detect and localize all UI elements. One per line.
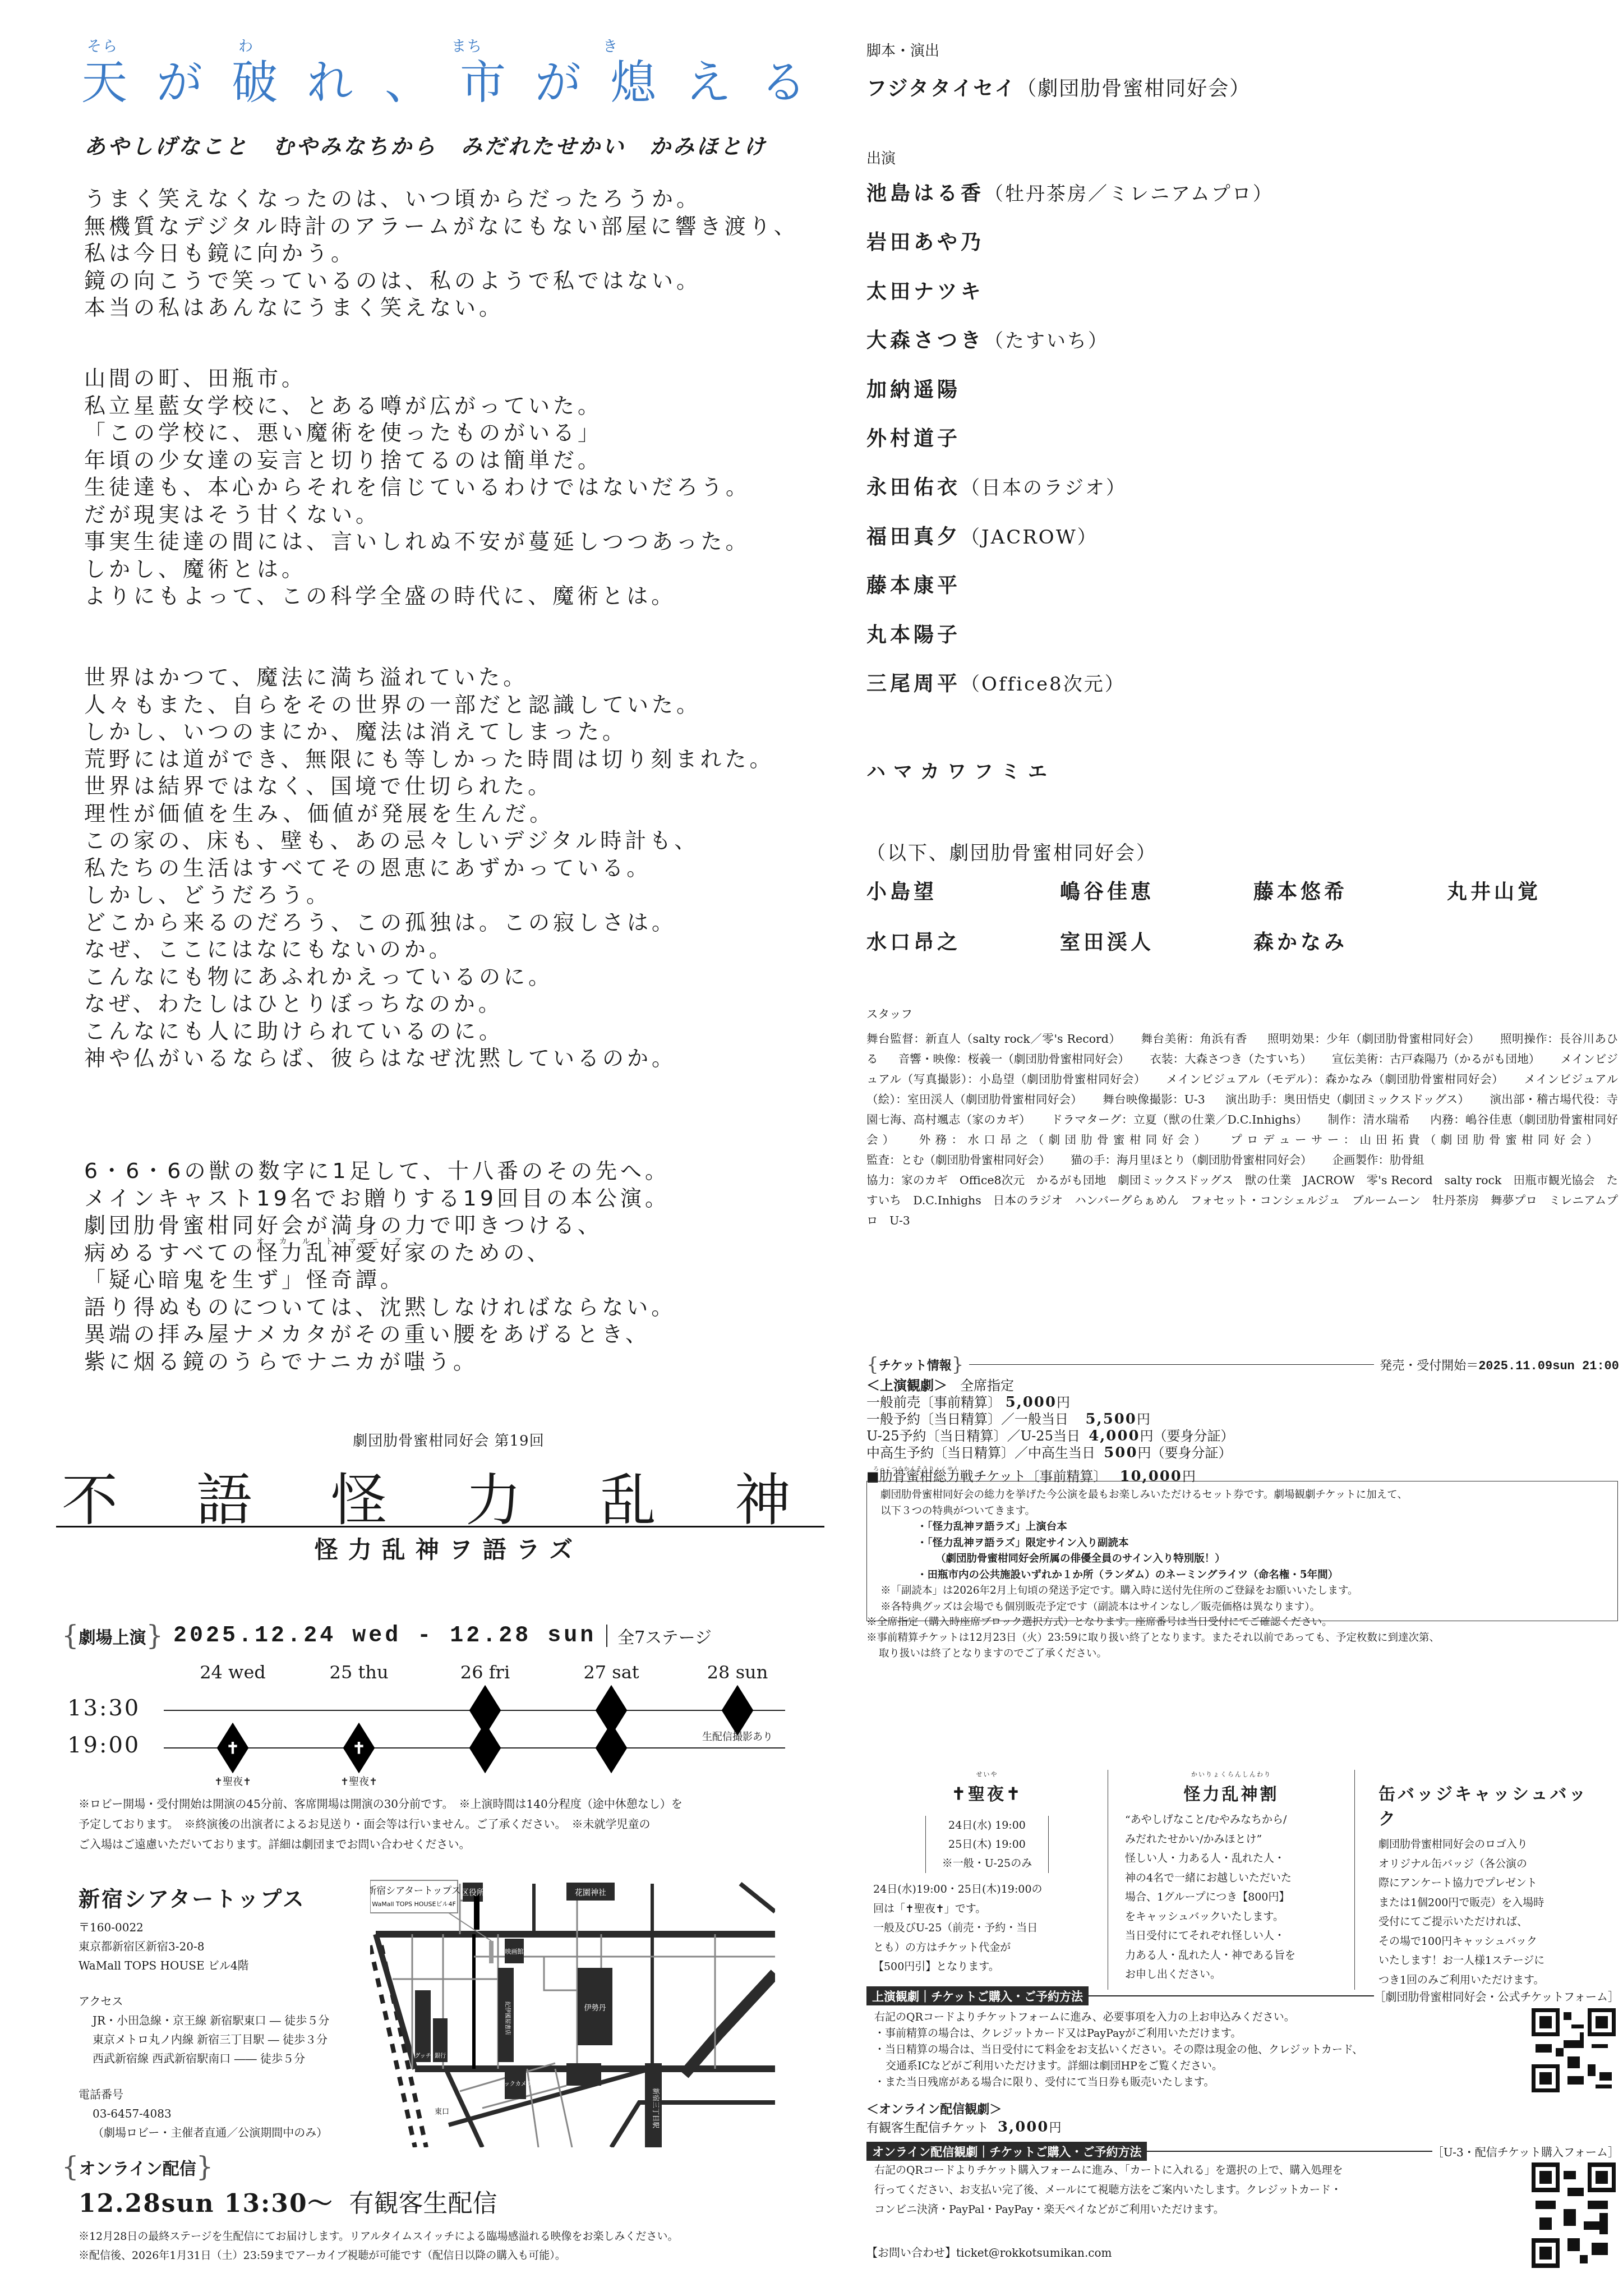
ticket-notes: ※全席指定（購入時座席ブロック選択方式）となります。座席番号は当日受付にてご確認… (866, 1614, 1618, 1662)
seiya-note: ✝聖夜✝ (214, 1774, 251, 1788)
cast-member: 丸井山覚 (1447, 878, 1623, 906)
venue-info: 新宿シアタートップス 〒160-0022 東京都新宿区新宿3-20-8 WaMa… (79, 1882, 370, 2142)
promo-badge-cashback: 缶バッジキャッシュバック 劇団肋骨蜜柑同好会のロゴ入りオリジナル缶バッジ（各公演… (1354, 1770, 1607, 1990)
map-label-bic-camera: ビックカメラ (499, 2081, 532, 2087)
day-label: 26 fri (460, 1662, 510, 1683)
access-route: 西武新宿線 西武新宿駅南口 ―― 徒歩５分 (79, 2049, 370, 2068)
access-map: 新宿シアタートップス WaMall TOPS HOUSEビル4F 区役所 花園神… (370, 1878, 775, 2147)
day-label: 27 sat (583, 1662, 639, 1683)
promo-seiya: せいや ✝聖夜✝ 24日(水) 19:0025日(木) 19:00※一般・U-2… (866, 1770, 1108, 1990)
online-ticket-price: 有観客生配信チケット3,000円 (866, 2118, 1061, 2136)
seal-script-title: 不語怪力乱神 (62, 1470, 791, 1531)
cast-member: 小島望 (866, 878, 1060, 906)
cast-label: 出演 (866, 147, 896, 168)
price-row: 一般前売〔事前精算〕 5,000円 (866, 1394, 1234, 1411)
online-ticket-section: ＜オンライン配信観劇＞ (866, 2100, 1002, 2117)
divider (606, 1625, 607, 1647)
cast-member: 藤本悠希 (1253, 878, 1447, 906)
story-paragraph-3: 世界はかつて、魔法に満ち溢れていた。人々もまた、自らをその世界の一部だと認識して… (84, 664, 774, 1072)
day-label: 25 thu (330, 1662, 389, 1683)
performance-schedule: 24 wed 25 thu 26 fri 27 sat 28 sun 13:30… (62, 1649, 785, 1789)
cross-icon: ✝ (226, 1739, 239, 1757)
online-notes: ※12月28日の最終ステージを生配信にてお届けします。リアルタイムスイッチによる… (79, 2227, 678, 2265)
contact-info: 【お問い合わせ】ticket@rokkotsumikan.com (866, 2244, 1112, 2260)
online-ticket-qr-code[interactable] (1532, 2162, 1616, 2268)
troupe-edition: 劇団肋骨蜜柑同好会 第19回 (56, 1429, 841, 1450)
seiya-note: ✝聖夜✝ (340, 1774, 377, 1788)
cast-member: 大森さつき（たすいち） (866, 326, 1274, 375)
cast-member: 加納遥陽 (866, 376, 1274, 425)
cast-member: 森かなみ (1253, 928, 1447, 956)
bundle-ruby: ろっこつみかんそうりょくせん (866, 1461, 1234, 1468)
bundle-description: 劇団肋骨蜜柑同好会の総力を挙げた今公演を最もお楽しみいただけるセット券です。劇場… (866, 1481, 1618, 1621)
play-title: 怪力乱神ヲ語ラズ (56, 1531, 841, 1565)
story-paragraph-1: うまく笑えなくなったのは、いつ頃からだったろうか。無機質なデジタル時計のアラーム… (84, 185, 799, 321)
address-line: WaMall TOPS HOUSE ビル4階 (79, 1956, 370, 1975)
map-label-kinokuniya: 紀伊國屋書店 (504, 2001, 511, 2035)
staff-list: 舞台監督：新直人（salty rock／零's Record）舞台美術：角浜有香… (866, 1029, 1618, 1170)
cast-member: 永田佑衣（日本のラジオ） (866, 473, 1274, 522)
cast-member: 岩田あや乃 (866, 228, 1274, 277)
guest-cast: ハマカワフミエ (866, 756, 1055, 784)
postal-code: 〒160-0022 (79, 1918, 370, 1937)
cast-list: 池島はる香（牡丹茶房／ミレニアムプロ） 岩田あや乃 太田ナツキ 大森さつき（たす… (866, 180, 1274, 719)
cast-member: 福田真夕（JACROW） (866, 523, 1274, 572)
tagline: あやしげなこと むやみなちから みだれたせかい かみほとけ (84, 129, 767, 160)
price-row: U-25予約〔当日精算〕／U-25当日 4,000円（要身分証） (866, 1428, 1234, 1444)
theater-heading: {劇場上演} 2025.12.24 wed - 12.28 sun 全7ステージ (62, 1620, 712, 1651)
cast-member: 丸本陽子 (866, 621, 1274, 670)
cast-member: 藤本康平 (866, 572, 1274, 620)
performance-marker (596, 1723, 628, 1774)
performance-marker (722, 1685, 754, 1736)
title-ruby: そら (87, 35, 118, 56)
company-cast-grid: 小島望 嶋谷佳恵 藤本悠希 丸井山覚 水口昂之 室田渓人 森かなみ (866, 878, 1618, 956)
map-label-ward-office: 区役所 (461, 1888, 485, 1897)
main-title: そら わ まち き 天が破れ、市が熄える (81, 35, 777, 111)
title-ruby: まち (451, 35, 483, 56)
online-stream-time: 12.28sun 13:30～ 有観客生配信 (79, 2183, 497, 2219)
map-label-cinema: 映画館 (505, 1948, 524, 1955)
cast-member: 太田ナツキ (866, 278, 1274, 326)
stage-purchase-heading: 上演観劇｜チケットご購入・ご予約方法［劇団肋骨蜜柑同好会・公式チケットフォーム］ (866, 1986, 1619, 2005)
director-label: 脚本・演出 (866, 39, 939, 60)
theater-dates: 2025.12.24 wed - 12.28 sun (173, 1623, 596, 1649)
staff-label: スタッフ (866, 1004, 1618, 1024)
phone-note: （劇場ロビー・主催者直通／公演期間中のみ） (79, 2123, 370, 2142)
title-ruby: き (603, 35, 619, 56)
address-line: 東京都新宿区新宿3-20-8 (79, 1937, 370, 1956)
theater-label: {劇場上演} (62, 1620, 163, 1651)
time-label: 13:30 (67, 1695, 140, 1721)
map-venue-callout-sub: WaMall TOPS HOUSEビル4F (372, 1901, 455, 1908)
online-heading: {オンライン配信} (62, 2151, 213, 2183)
venue-name: 新宿シアタートップス (79, 1882, 370, 1916)
performance-marker (469, 1723, 501, 1774)
cast-member: 三尾周平（Office8次元） (866, 670, 1274, 719)
schedule-notes: ※ロビー開場・受付開始は開演の45分前、客席開場は開演の30分前です。 ※上演時… (79, 1794, 796, 1855)
price-row: 中高生予約〔当日精算〕／中高生当日 500円（要身分証） (866, 1444, 1234, 1461)
map-label-shrine: 花園神社 (575, 1888, 606, 1897)
online-ticket-form-link[interactable]: ［U-3・配信チケット購入フォーム］ (1432, 2143, 1619, 2160)
stage-ticket-qr-code[interactable] (1532, 2008, 1616, 2092)
map-label-isetan: 伊勢丹 (584, 2003, 606, 2012)
cross-icon: ✝ (352, 1739, 365, 1757)
ticket-header: {チケット情報} 発売・受付開始＝2025.11.09sun 21:00 (866, 1353, 1619, 1375)
stream-note: 生配信撮影あり (702, 1729, 773, 1743)
price-row: 一般予約〔当日精算〕／一般当日 5,500円 (866, 1411, 1234, 1428)
staff-credits: スタッフ 舞台監督：新直人（salty rock／零's Record）舞台美術… (866, 1004, 1618, 1231)
cast-member: 池島はる香（牡丹茶房／ミレニアムプロ） (866, 180, 1274, 228)
map-label-jr-shinjuku: JR新宿駅 (389, 2102, 406, 2135)
cast-member: 水口昂之 (866, 928, 1060, 956)
access-label: アクセス (79, 1992, 370, 2011)
company-label: （以下、劇団肋骨蜜柑同好会） (866, 838, 1157, 865)
contact-email[interactable]: ticket@rokkotsumikan.com (956, 2246, 1112, 2260)
director-name: フジタタイセイ（劇団肋骨蜜柑同好会） (866, 73, 1251, 102)
phone-label: 電話番号 (79, 2085, 370, 2104)
time-label: 19:00 (67, 1732, 140, 1758)
online-purchase-heading: オンライン配信観劇｜チケットご購入・ご予約方法［U-3・配信チケット購入フォーム… (866, 2142, 1619, 2161)
map-label-sanchome: 新宿三丁目駅 (652, 2088, 660, 2128)
map-label-gucci: グッチ (414, 2053, 431, 2059)
phone-number[interactable]: 03-6457-4083 (79, 2104, 370, 2123)
divider (56, 1526, 824, 1527)
furigana: オカルトマニア (256, 1228, 417, 1255)
title-text: 天が破れ、市が熄える (81, 55, 777, 111)
story-paragraph-2: 山間の町、田瓶市。私立星藍女学校に、とある噂が広がっていた。「この学校に、悪い魔… (84, 365, 750, 610)
map-label-east-exit: 東口 (435, 2107, 449, 2116)
map-label-bank: 銀行 (435, 2053, 446, 2059)
map-venue-callout: 新宿シアタートップス (370, 1885, 461, 1897)
story-paragraph-4: 6・6・6の獣の数字に1足して、十八番のその先へ。メインキャスト19名でお贈りす… (84, 1157, 676, 1375)
day-label: 24 wed (200, 1662, 266, 1683)
stage-count: 全7ステージ (617, 1623, 712, 1648)
cast-member: 外村道子 (866, 425, 1274, 473)
stage-purchase-instructions: 右記のQRコードよりチケットフォームに進み、必要事項を入力の上お申込みください。… (866, 2009, 1478, 2091)
support-list: 協力：家のカギ Office8次元 かるがも団地 劇団ミックスドッグス 獣の仕業… (866, 1170, 1618, 1231)
price-list: ＜上演観劇＞ 全席指定 一般前売〔事前精算〕 5,000円 一般予約〔当日精算〕… (866, 1377, 1234, 1485)
cast-member: 嶋谷佳恵 (1060, 878, 1253, 906)
access-route: JR・小田急線・京王線 新宿駅東口 ― 徒歩５分 (79, 2011, 370, 2030)
access-route: 東京メトロ丸ノ内線 新宿三丁目駅 ― 徒歩３分 (79, 2030, 370, 2049)
promotions: せいや ✝聖夜✝ 24日(水) 19:0025日(木) 19:00※一般・U-2… (866, 1770, 1618, 1966)
release-date: 2025.11.09sun 21:00 (1478, 1359, 1619, 1373)
title-ruby: わ (238, 35, 254, 56)
cast-member: 室田渓人 (1060, 928, 1253, 956)
online-purchase-instructions: 右記のQRコードよりチケット購入フォームに進み、「カートに入れる」を選択の上で、… (866, 2161, 1478, 2220)
stage-ticket-form-link[interactable]: ［劇団肋骨蜜柑同好会・公式チケットフォーム］ (1374, 1988, 1619, 2004)
promo-kairyoku-discount: かいりょくらんしんわり 怪力乱神割 “あやしげなこと/むやみなちから/みだれたせ… (1108, 1770, 1354, 1990)
day-label: 28 sun (707, 1662, 768, 1683)
